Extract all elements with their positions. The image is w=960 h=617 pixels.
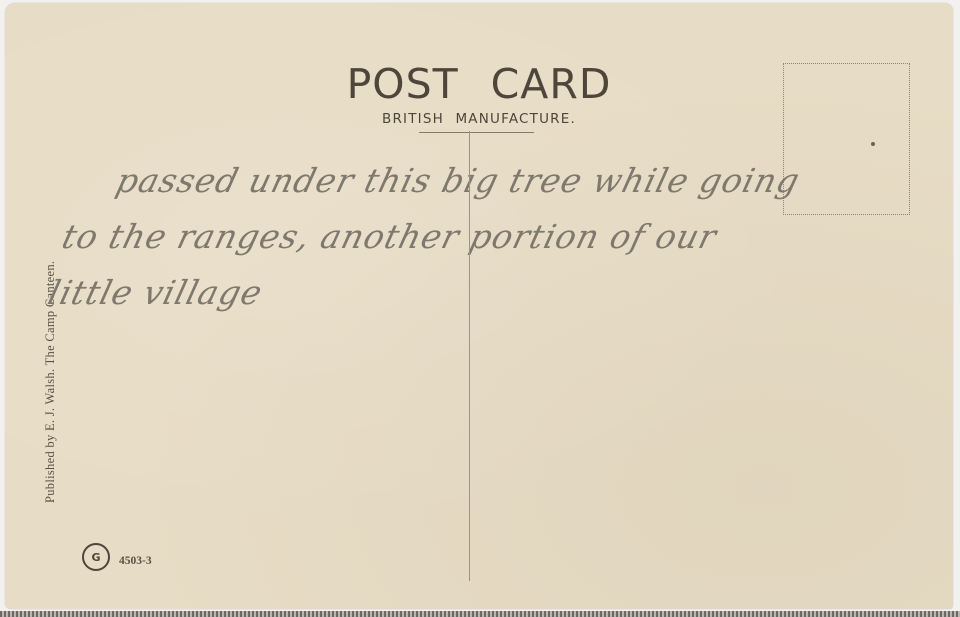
title-underline	[419, 132, 534, 133]
message-line: to the ranges, another portion of our	[56, 209, 950, 265]
ink-spot	[871, 142, 875, 146]
handwritten-message: passed under this big tree while going t…	[42, 153, 960, 321]
address-divider-line	[469, 131, 470, 581]
publisher-logo-icon: G	[82, 543, 110, 571]
postcard-back: POST CARD BRITISH MANUFACTURE. Published…	[5, 3, 953, 609]
message-line: little village	[42, 265, 936, 321]
scan-edge-strip	[0, 611, 960, 617]
catalog-number: 4503-3	[119, 555, 152, 567]
logo-letter: G	[91, 551, 100, 564]
message-line: passed under this big tree while going	[70, 153, 960, 209]
